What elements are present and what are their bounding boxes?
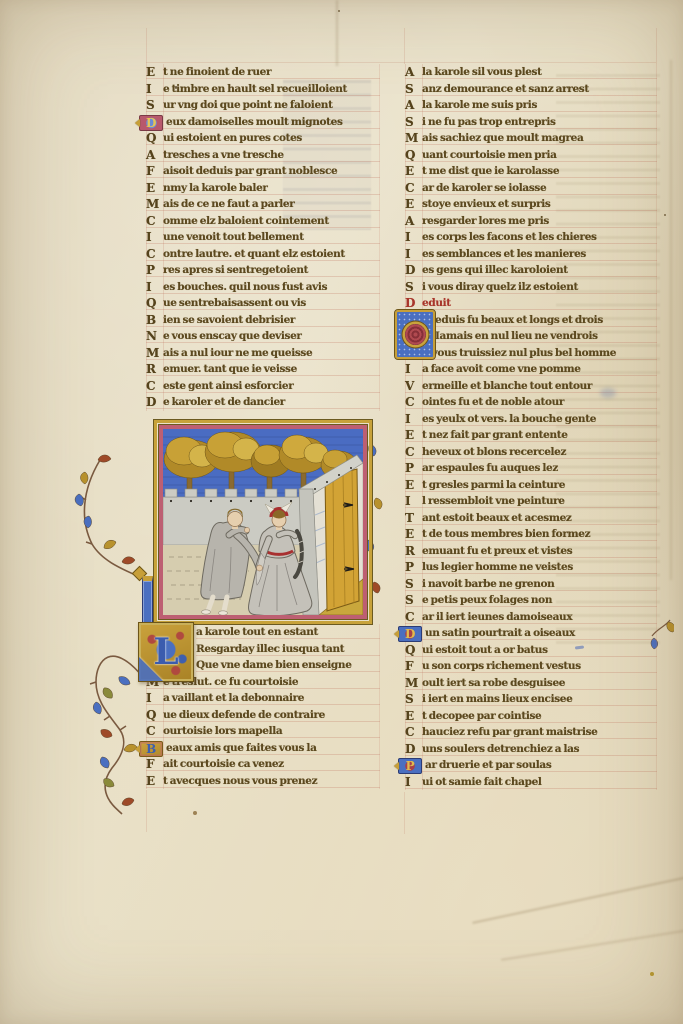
versal-letter: E [146, 64, 163, 81]
miniature-scene-dancers-in-garden [153, 419, 373, 625]
verse-text: e vous enscay que deviser [163, 328, 302, 345]
verse-text: stoye envieux et surpris [422, 196, 550, 213]
verse-text: emuer. tant que ie veisse [163, 361, 297, 378]
versal-letter: M [146, 196, 163, 213]
illuminated-initial-D: D [398, 626, 422, 642]
verse-line: Et de tous membres bien formez [405, 526, 657, 543]
ink-speck [664, 214, 666, 216]
verse-text: ui estoit tout a or batus [422, 642, 548, 659]
versal-letter: I [405, 246, 422, 263]
verse-text: a karole tout en estant [196, 624, 318, 641]
verse-text: ait courtoisie ca venez [163, 756, 284, 773]
verse-text: ais sachiez que moult magrea [422, 130, 583, 147]
verse-text: eux damoiselles moult mignotes [166, 114, 343, 131]
illuminated-initial-D: D [139, 115, 163, 131]
versal-letter: P [405, 559, 422, 576]
verse-line: Cointes fu et de noble atour [405, 394, 657, 411]
versal-letter: I [405, 493, 422, 510]
versal-letter: P [405, 460, 422, 477]
verse-text: t nez fait par grant entente [422, 427, 568, 444]
verse-line: Que vne dame bien enseigne [196, 657, 380, 674]
text-column-left-lower: L a karole tout en estantResgarday illec… [146, 624, 380, 789]
verse-text: i vous diray quelz ilz estoient [422, 279, 578, 296]
verse-line: Ceste gent ainsi esforcier [146, 378, 380, 395]
ruling-line [404, 792, 405, 834]
verse-text: Resgarday illec iusqua tant [196, 641, 344, 658]
verse-line: Se petis peux folages non [405, 592, 657, 609]
verse-line: Ne vous enscay que deviser [146, 328, 380, 345]
versal-letter: I [405, 774, 422, 791]
versal-letter: F [146, 756, 163, 773]
verse-line: Atresches a vne tresche [146, 147, 380, 164]
versal-letter: B [146, 312, 163, 329]
verse-line: Moult iert sa robe desguisee [405, 675, 657, 692]
verse-line: Il ressembloit vne peinture [405, 493, 657, 510]
verse-line: Ies yeulx ot vers. la bouche gente [405, 411, 657, 428]
verse-line: Et decopee par cointise [405, 708, 657, 725]
verse-line: Ala karole sil vous plest [405, 64, 657, 81]
verse-text: la karole me suis pris [422, 97, 537, 114]
versal-letter: E [405, 477, 422, 494]
verse-text: t me dist que ie karolasse [422, 163, 559, 180]
versal-letter: C [146, 213, 163, 230]
verse-line: Mais sachiez que moult magrea [405, 130, 657, 147]
versal-letter: F [405, 658, 422, 675]
verse-text: ue dieux defende de contraire [163, 707, 325, 724]
versal-letter: C [405, 444, 422, 461]
versal-letter: Q [146, 130, 163, 147]
verse-text: l ressembloit vne peinture [422, 493, 565, 510]
verse-text: ar il iert ieunes damoiseaux [422, 609, 572, 626]
verse-text: ar de karoler se iolasse [422, 180, 546, 197]
versal-letter: R [405, 543, 422, 560]
verse-line: Cheveux ot blons recercelez [405, 444, 657, 461]
versal-letter: Q [405, 642, 422, 659]
verse-line: Deux damoiselles moult mignotes [146, 114, 380, 131]
versal-letter: A [405, 64, 422, 81]
verse-line: Duns soulers detrenchiez a las [405, 741, 657, 758]
versal-letter: M [146, 345, 163, 362]
verse-text: es gens qui illec karoloient [422, 262, 568, 279]
verse-text: oult iert sa robe desguisee [422, 675, 565, 692]
versal-letter: C [405, 724, 422, 741]
verse-text: ui estoient en pures cotes [163, 130, 302, 147]
verse-line: Ala karole me suis pris [405, 97, 657, 114]
verse-text: ar druerie et par soulas [425, 757, 551, 774]
verse-line: Ies bouches. quil nous fust avis [146, 279, 380, 296]
versal-letter: I [405, 361, 422, 378]
verse-line: Remuant fu et preux et vistes [405, 543, 657, 560]
illuminated-initial-D: D [395, 310, 435, 359]
verse-text: a vaillant et la debonnaire [163, 690, 304, 707]
verse-text: heveux ot blons recercelez [422, 444, 566, 461]
versal-letter: A [405, 97, 422, 114]
text-column-left-upper: Et ne finoient de ruerIe timbre en hault… [146, 64, 380, 411]
verse-line: Car il iert ieunes damoiseaux [405, 609, 657, 626]
verse-line: Bien se savoient debrisier [146, 312, 380, 329]
verse-text: ermeille et blanche tout entour [422, 378, 592, 395]
illuminated-initial-P: P [398, 758, 422, 774]
versal-letter: I [146, 690, 163, 707]
verse-text: hauciez refu par grant maistrise [422, 724, 598, 741]
versal-letter: Q [146, 707, 163, 724]
verse-text: t ne finoient de ruer [163, 64, 271, 81]
verse-line: Tant estoit beaux et acesmez [405, 510, 657, 527]
versal-letter: C [405, 394, 422, 411]
versal-letter: S [405, 81, 422, 98]
versal-letter: C [405, 609, 422, 626]
verse-text: i ne fu pas trop entrepris [422, 114, 556, 131]
verse-text: Iamais en nul lieu ne vendrois [435, 328, 598, 345]
verse-text: ointes fu et de noble atour [422, 394, 564, 411]
versal-letter: Q [405, 147, 422, 164]
verse-text: omme elz baloient cointement [163, 213, 329, 230]
verse-line: Et ne finoient de ruer [146, 64, 380, 81]
joined-hands [257, 565, 263, 571]
verse-line: Par druerie et par soulas [405, 757, 657, 774]
manuscript-page: Et ne finoient de ruerIe timbre en hault… [0, 0, 683, 1024]
yellow-spot [650, 972, 654, 976]
versal-letter: E [405, 196, 422, 213]
verse-line: Et me dist que ie karolasse [405, 163, 657, 180]
verse-text: es corps les facons et les chieres [422, 229, 597, 246]
verse-text: ais a nul iour ne me queisse [163, 345, 312, 362]
verse-line: Ou vous truissiez nul plus bel homme [405, 345, 657, 362]
verse-text: e timbre en hault sel recueilloient [163, 81, 347, 98]
verse-line: Faisoit deduis par grant noblesce [146, 163, 380, 180]
versal-letter: S [405, 114, 422, 131]
verse-text: ant estoit beaux et acesmez [422, 510, 572, 527]
versal-letter: E [405, 526, 422, 543]
verse-text: Que vne dame bien enseigne [196, 657, 352, 674]
versal-letter: F [146, 163, 163, 180]
verse-line: a karole tout en estant [196, 624, 380, 641]
verse-line: Si vous diray quelz ilz estoient [405, 279, 657, 296]
versal-letter: E [405, 163, 422, 180]
verse-line: Sanz demourance et sanz arrest [405, 81, 657, 98]
versal-letter: C [146, 378, 163, 395]
versal-letter: A [146, 147, 163, 164]
verse-text: eduis fu beaux et longs et drois [435, 312, 603, 329]
parchment-crease [501, 929, 683, 961]
versal-letter: P [146, 262, 163, 279]
versal-letter: M [405, 675, 422, 692]
verse-line: Des gens qui illec karoloient [405, 262, 657, 279]
verse-text: ien se savoient debrisier [163, 312, 295, 329]
versal-letter: S [146, 97, 163, 114]
versal-letter: A [405, 213, 422, 230]
verse-text: ontre lautre. et quant elz estoient [163, 246, 345, 263]
verse-line: Ia vaillant et la debonnaire [146, 690, 380, 707]
versal-letter: V [405, 378, 422, 395]
parchment-crease [336, 0, 338, 66]
vine-stem [81, 460, 142, 814]
versal-letter: R [146, 361, 163, 378]
versal-letter: E [146, 180, 163, 197]
verse-line: Ie timbre en hault sel recueilloient [146, 81, 380, 98]
versal-letter: E [405, 427, 422, 444]
verse-line: Ia face avoit come vne pomme [405, 361, 657, 378]
verse-text: t decopee par cointise [422, 708, 541, 725]
ruling-line [656, 28, 657, 64]
verse-line: Car de karoler se iolasse [405, 180, 657, 197]
verse-text: u son corps richement vestus [422, 658, 581, 675]
verse-line: Chauciez refu par grant maistrise [405, 724, 657, 741]
verse-text: uant courtoisie men pria [422, 147, 557, 164]
verse-text: uns soulers detrenchiez a las [422, 741, 579, 758]
verse-text: es yeulx ot vers. la bouche gente [422, 411, 596, 428]
versal-letter: E [405, 708, 422, 725]
verse-line: Mais a nul iour ne me queisse [146, 345, 380, 362]
verse-line: Mais de ce ne faut a parler [146, 196, 380, 213]
verse-line: Contre lautre. et quant elz estoient [146, 246, 380, 263]
verse-text: ur vng doi que point ne faloient [163, 97, 333, 114]
versal-letter: I [146, 81, 163, 98]
verse-text: res apres si sentregetoient [163, 262, 308, 279]
illuminated-initial-L: L [138, 622, 194, 682]
verse-line: Estoye envieux et surpris [405, 196, 657, 213]
verse-line: Fu son corps richement vestus [405, 658, 657, 675]
verse-text: t gresles parmi la ceinture [422, 477, 565, 494]
verse-text: ourtoisie lors mapella [163, 723, 282, 740]
verse-line: Si iert en mains lieux encisee [405, 691, 657, 708]
verse-text: un satin pourtrait a oiseaux [425, 625, 575, 642]
verse-line: Que sentrebaisassent ou vis [146, 295, 380, 312]
versal-letter: M [405, 130, 422, 147]
versal-letter: S [405, 279, 422, 296]
verse-line: Iune venoit tout bellement [146, 229, 380, 246]
versal-letter: D [146, 394, 163, 411]
versal-letter: I [146, 229, 163, 246]
versal-letter: S [405, 576, 422, 593]
versal-letter: I [405, 229, 422, 246]
verse-line: Par espaules fu auques lez [405, 460, 657, 477]
versal-letter: I [146, 279, 163, 296]
verse-text: eaux amis que faites vous la [166, 740, 317, 757]
verse-text: anz demourance et sanz arrest [422, 81, 589, 98]
verse-line: eduis fu beaux et longs et drois [435, 312, 657, 329]
verse-line: Iui ot samie fait chapel [405, 774, 657, 791]
verse-line: Quant courtoisie men pria [405, 147, 657, 164]
verse-text: ar espaules fu auques lez [422, 460, 558, 477]
verse-line: Ies corps les facons et les chieres [405, 229, 657, 246]
verse-line: Beaux amis que faites vous la [146, 740, 380, 757]
verse-line: Si ne fu pas trop entrepris [405, 114, 657, 131]
verse-line: Que dieux defende de contraire [146, 707, 380, 724]
parchment-crease [472, 874, 683, 924]
verse-text: t de tous membres bien formez [422, 526, 590, 543]
verse-text: i iert en mains lieux encisee [422, 691, 572, 708]
text-column-right: D Ala karole sil vous plestSanz demouran… [405, 64, 657, 790]
verse-line: Resgarday illec iusqua tant [196, 641, 380, 658]
ruling-line [404, 28, 405, 64]
verse-text: ue sentrebaisassent ou vis [163, 295, 306, 312]
verse-text: lus legier homme ne veistes [422, 559, 573, 576]
verse-line: Dun satin pourtrait a oiseaux [405, 625, 657, 642]
versal-letter: N [146, 328, 163, 345]
verse-text: nmy la karole baler [163, 180, 268, 197]
verse-text: tresches a vne tresche [163, 147, 284, 164]
versal-letter: C [146, 246, 163, 263]
versal-letter: S [405, 691, 422, 708]
verse-line: Et nez fait par grant entente [405, 427, 657, 444]
versal-letter: D [405, 741, 422, 758]
verse-line: Et avecques nous vous prenez [146, 773, 380, 790]
verse-text: t avecques nous vous prenez [163, 773, 317, 790]
versal-letter: E [146, 773, 163, 790]
verse-text: u vous truissiez nul plus bel homme [422, 345, 616, 362]
versal-letter: D [405, 262, 422, 279]
verse-text: ui ot samie fait chapel [422, 774, 542, 791]
verse-line: Comme elz baloient cointement [146, 213, 380, 230]
versal-letter: C [146, 723, 163, 740]
verse-line: Remuer. tant que ie veisse [146, 361, 380, 378]
verse-text: une venoit tout bellement [163, 229, 304, 246]
parchment-crease [670, 60, 672, 580]
verse-line: Sur vng doi que point ne faloient [146, 97, 380, 114]
versal-letter: Q [146, 295, 163, 312]
verse-line: Enmy la karole baler [146, 180, 380, 197]
verse-text: resgarder lores me pris [422, 213, 549, 230]
verse-line: Ies semblances et les manieres [405, 246, 657, 263]
verse-text: ais de ce ne faut a parler [163, 196, 294, 213]
verse-text: aisoit deduis par grant noblesce [163, 163, 337, 180]
verse-line: Aresgarder lores me pris [405, 213, 657, 230]
verse-text: es semblances et les manieres [422, 246, 586, 263]
verse-text: la karole sil vous plest [422, 64, 542, 81]
ruling-line [146, 62, 656, 63]
verse-line: Deduit [405, 295, 657, 312]
versal-letter: S [405, 592, 422, 609]
verse-line: Qui estoient en pures cotes [146, 130, 380, 147]
verse-text: emuant fu et preux et vistes [422, 543, 572, 560]
verse-line: Courtoisie lors mapella [146, 723, 380, 740]
verse-text: e petis peux folages non [422, 592, 552, 609]
versal-letter: I [405, 411, 422, 428]
illuminated-initial-B: B [139, 741, 163, 757]
verse-text: e karoler et de dancier [163, 394, 285, 411]
verse-line: Vermeille et blanche tout entour [405, 378, 657, 395]
verse-line: Si navoit barbe ne grenon [405, 576, 657, 593]
ruling-line [146, 28, 147, 64]
verse-text: es bouches. quil nous fust avis [163, 279, 327, 296]
verse-line: De karoler et de dancier [146, 394, 380, 411]
verse-text: i navoit barbe ne grenon [422, 576, 554, 593]
verse-line: Iamais en nul lieu ne vendrois [435, 328, 657, 345]
verse-line: Qui estoit tout a or batus [405, 642, 657, 659]
verse-text: a face avoit come vne pomme [422, 361, 581, 378]
versal-letter: C [405, 180, 422, 197]
verse-line: Et gresles parmi la ceinture [405, 477, 657, 494]
versal-letter: T [405, 510, 422, 527]
verse-text: este gent ainsi esforcier [163, 378, 293, 395]
verse-line: Fait courtoisie ca venez [146, 756, 380, 773]
verse-line: Plus legier homme ne veistes [405, 559, 657, 576]
verse-line: Pres apres si sentregetoient [146, 262, 380, 279]
ink-speck [338, 10, 340, 12]
brown-stain [193, 811, 197, 815]
